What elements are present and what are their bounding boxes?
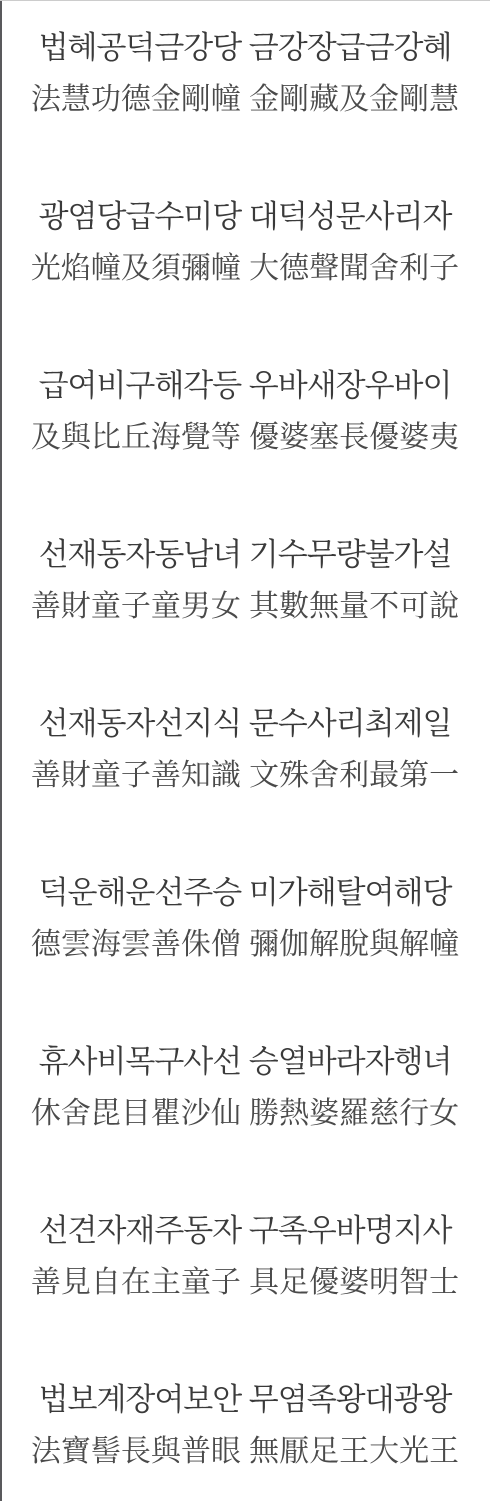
stanza-4: 선재동자동남녀 기수무량불가설 善財童子童男女 其數無量不可說: [0, 529, 490, 633]
verse-line-hanja: 及與比丘海覺等 優婆塞長優婆夷: [0, 412, 490, 464]
verse-content: 법혜공덕금강당 금강장급금강혜 法慧功德金剛幢 金剛藏及金剛慧 광염당급수미당 …: [0, 1, 490, 1478]
verse-line-korean: 급여비구해각등 우바새장우바이: [0, 360, 490, 412]
verse-line-hanja: 法寶髻長與普眼 無厭足王大光王: [0, 1426, 490, 1478]
verse-line-korean: 선견자재주동자 구족우바명지사: [0, 1205, 490, 1257]
stanza-6: 덕운해운선주승 미가해탈여해당 德雲海雲善侏僧 彌伽解脫與解幢: [0, 867, 490, 971]
stanza-1: 법혜공덕금강당 금강장급금강혜 法慧功德金剛幢 金剛藏及金剛慧: [0, 22, 490, 126]
left-edge-line: [0, 1, 2, 1501]
stanza-3: 급여비구해각등 우바새장우바이 及與比丘海覺等 優婆塞長優婆夷: [0, 360, 490, 464]
verse-line-hanja: 光焰幢及須彌幢 大德聲聞舍利子: [0, 243, 490, 295]
stanza-7: 휴사비목구사선 승열바라자행녀 休舍毘目瞿沙仙 勝熱婆羅慈行女: [0, 1036, 490, 1140]
stanza-5: 선재동자선지식 문수사리최제일 善財童子善知識 文殊舍利最第一: [0, 698, 490, 802]
verse-line-korean: 선재동자동남녀 기수무량불가설: [0, 529, 490, 581]
document-page: 법혜공덕금강당 금강장급금강혜 法慧功德金剛幢 金剛藏及金剛慧 광염당급수미당 …: [0, 0, 490, 1501]
verse-line-hanja: 休舍毘目瞿沙仙 勝熱婆羅慈行女: [0, 1088, 490, 1140]
verse-line-hanja: 善見自在主童子 具足優婆明智士: [0, 1257, 490, 1309]
stanza-9: 법보계장여보안 무염족왕대광왕 法寶髻長與普眼 無厭足王大光王: [0, 1374, 490, 1478]
verse-line-korean: 선재동자선지식 문수사리최제일: [0, 698, 490, 750]
verse-line-hanja: 善財童子童男女 其數無量不可說: [0, 581, 490, 633]
verse-line-hanja: 德雲海雲善侏僧 彌伽解脫與解幢: [0, 919, 490, 971]
verse-line-korean: 덕운해운선주승 미가해탈여해당: [0, 867, 490, 919]
verse-line-hanja: 法慧功德金剛幢 金剛藏及金剛慧: [0, 74, 490, 126]
stanza-2: 광염당급수미당 대덕성문사리자 光焰幢及須彌幢 大德聲聞舍利子: [0, 191, 490, 295]
verse-line-korean: 법보계장여보안 무염족왕대광왕: [0, 1374, 490, 1426]
verse-line-hanja: 善財童子善知識 文殊舍利最第一: [0, 750, 490, 802]
stanza-8: 선견자재주동자 구족우바명지사 善見自在主童子 具足優婆明智士: [0, 1205, 490, 1309]
verse-line-korean: 법혜공덕금강당 금강장급금강혜: [0, 22, 490, 74]
verse-line-korean: 휴사비목구사선 승열바라자행녀: [0, 1036, 490, 1088]
verse-line-korean: 광염당급수미당 대덕성문사리자: [0, 191, 490, 243]
